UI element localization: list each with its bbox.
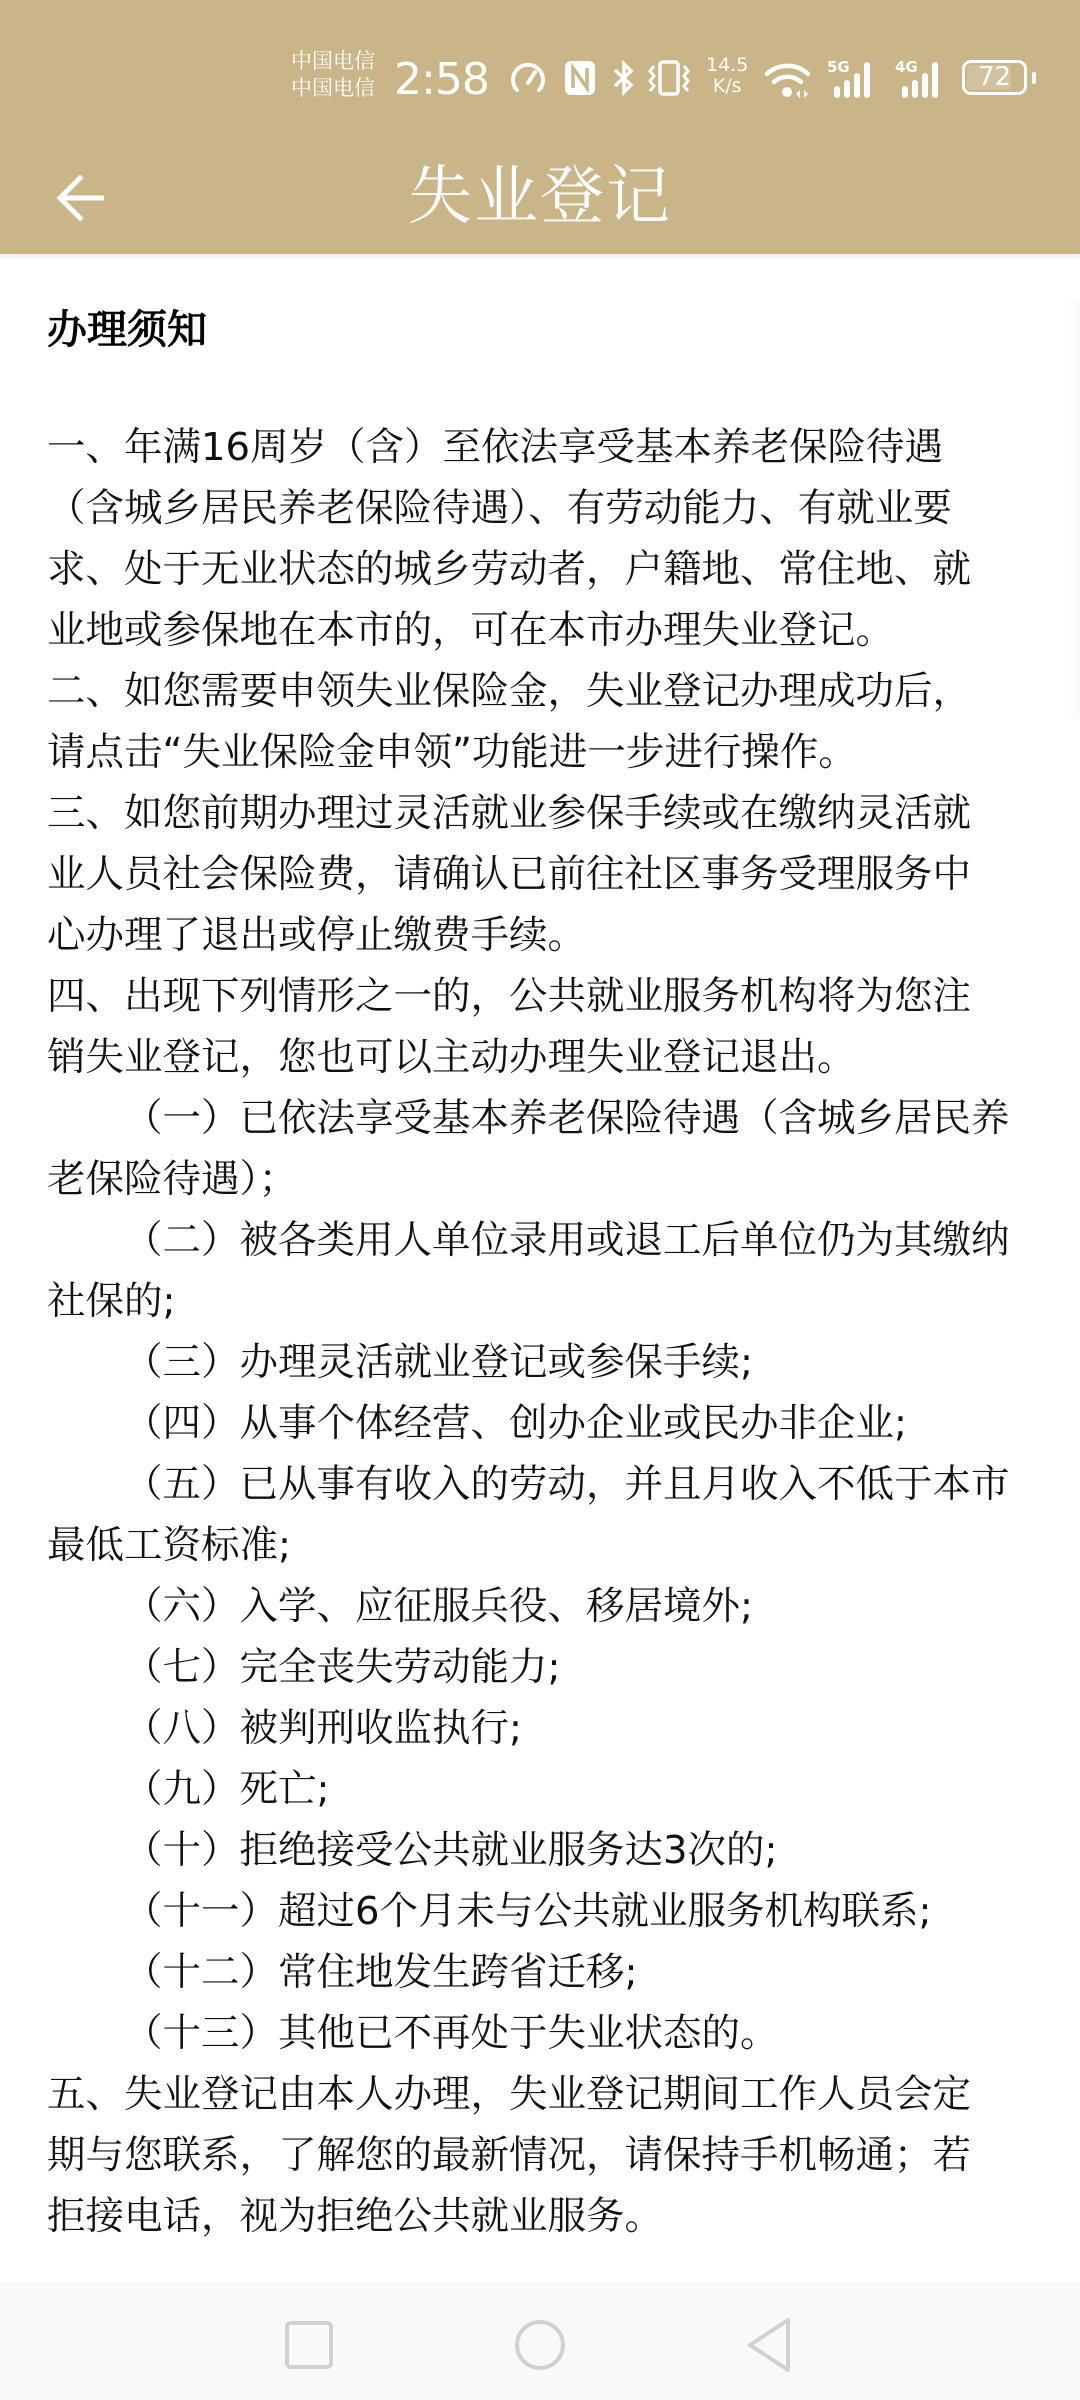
carrier-2: 中国电信 <box>291 75 375 102</box>
notice-line: （十一）超过6个月未与公共就业服务机构联系; <box>47 1881 1022 1942</box>
notice-line: （一）已依法享受基本养老保险待遇（含城乡居民养 <box>47 1088 1022 1149</box>
notice-line: （六）入学、应征服兵役、移居境外; <box>47 1576 1022 1637</box>
notice-heading: 办理须知 <box>47 302 1022 358</box>
notice-line: 业地或参保地在本市的，可在本市办理失业登记。 <box>47 600 1022 661</box>
sim1-signal-icon <box>832 60 880 100</box>
notice-line: （五）已从事有收入的劳动，并且月收入不低于本市 <box>47 1454 1022 1515</box>
notice-line: 最低工资标准; <box>47 1515 1022 1576</box>
network-speed: 14.5 K/s <box>706 55 748 97</box>
notice-line: 心办理了退出或停止缴费手续。 <box>47 905 1022 966</box>
notice-line: （二）被各类用人单位录用或退工后单位仍为其缴纳 <box>47 1210 1022 1271</box>
carrier-labels: 中国电信 中国电信 <box>291 48 375 102</box>
speedometer-icon <box>508 58 548 98</box>
notice-line: 老保险待遇）； <box>47 1149 1022 1210</box>
recents-button[interactable] <box>274 2310 344 2380</box>
notice-line: （三）办理灵活就业登记或参保手续; <box>47 1332 1022 1393</box>
notice-line: （八）被判刑收监执行; <box>47 1698 1022 1759</box>
notice-line: 期与您联系，了解您的最新情况，请保持手机畅通；若 <box>47 2125 1022 2186</box>
notice-line: 业人员社会保险费，请确认已前往社区事务受理服务中 <box>47 844 1022 905</box>
network-speed-value: 14.5 <box>706 55 748 76</box>
sim2-signal-icon <box>900 60 948 100</box>
wifi-icon <box>764 60 814 100</box>
circle-home-icon <box>505 2310 575 2380</box>
notice-line: 请点击“失业保险金申领”功能进一步进行操作。 <box>47 722 1022 783</box>
notice-body: 一、年满16周岁（含）至依法享受基本养老保险待遇（含城乡居民养老保险待遇）、有劳… <box>47 417 1022 2247</box>
notice-line: （七）完全丧失劳动能力; <box>47 1637 1022 1698</box>
notice-line: 二、如您需要申领失业保险金，失业登记办理成功后， <box>47 661 1022 722</box>
battery-tip <box>1032 72 1036 84</box>
notice-line: （十二）常住地发生跨省迁移; <box>47 1942 1022 2003</box>
notice-line: （九）死亡; <box>47 1759 1022 1820</box>
notice-line: 三、如您前期办理过灵活就业参保手续或在缴纳灵活就 <box>47 783 1022 844</box>
notice-line: （四）从事个体经营、创办企业或民办非企业; <box>47 1393 1022 1454</box>
bluetooth-icon <box>611 58 637 98</box>
system-nav-bar <box>0 2282 1080 2400</box>
status-time: 2:58 <box>394 54 489 106</box>
nfc-icon <box>563 58 597 98</box>
notice-line: 四、出现下列情形之一的，公共就业服务机构将为您注 <box>47 966 1022 1027</box>
app-bar: 中国电信 中国电信 2:58 14.5 K/s <box>0 0 1080 254</box>
notice-content: 办理须知 一、年满16周岁（含）至依法享受基本养老保险待遇（含城乡居民养老保险待… <box>47 254 1022 2247</box>
back-nav-button[interactable] <box>734 2310 804 2380</box>
notice-line: 求、处于无业状态的城乡劳动者，户籍地、常住地、就 <box>47 539 1022 600</box>
status-bar: 中国电信 中国电信 2:58 14.5 K/s <box>0 40 1080 120</box>
notice-line: （含城乡居民养老保险待遇）、有劳动能力、有就业要 <box>47 478 1022 539</box>
notice-line: 社保的; <box>47 1271 1022 1332</box>
notice-line: （十）拒绝接受公共就业服务达3次的; <box>47 1820 1022 1881</box>
carrier-1: 中国电信 <box>291 48 375 75</box>
triangle-back-icon <box>734 2310 804 2380</box>
network-speed-unit: K/s <box>706 76 748 97</box>
scrollbar[interactable] <box>1066 300 1080 720</box>
notice-line: （十三）其他已不再处于失业状态的。 <box>47 2003 1022 2064</box>
vibrate-icon <box>647 58 691 98</box>
home-button[interactable] <box>505 2310 575 2380</box>
notice-line: 五、失业登记由本人办理，失业登记期间工作人员会定 <box>47 2064 1022 2125</box>
notice-line: 一、年满16周岁（含）至依法享受基本养老保险待遇 <box>47 417 1022 478</box>
page-title: 失业登记 <box>0 152 1080 242</box>
square-recents-icon <box>274 2310 344 2380</box>
notice-line: 销失业登记，您也可以主动办理失业登记退出。 <box>47 1027 1022 1088</box>
notice-line: 拒接电话，视为拒绝公共就业服务。 <box>47 2186 1022 2247</box>
battery-indicator: 72 <box>962 60 1027 95</box>
battery-level: 72 <box>978 62 1011 92</box>
